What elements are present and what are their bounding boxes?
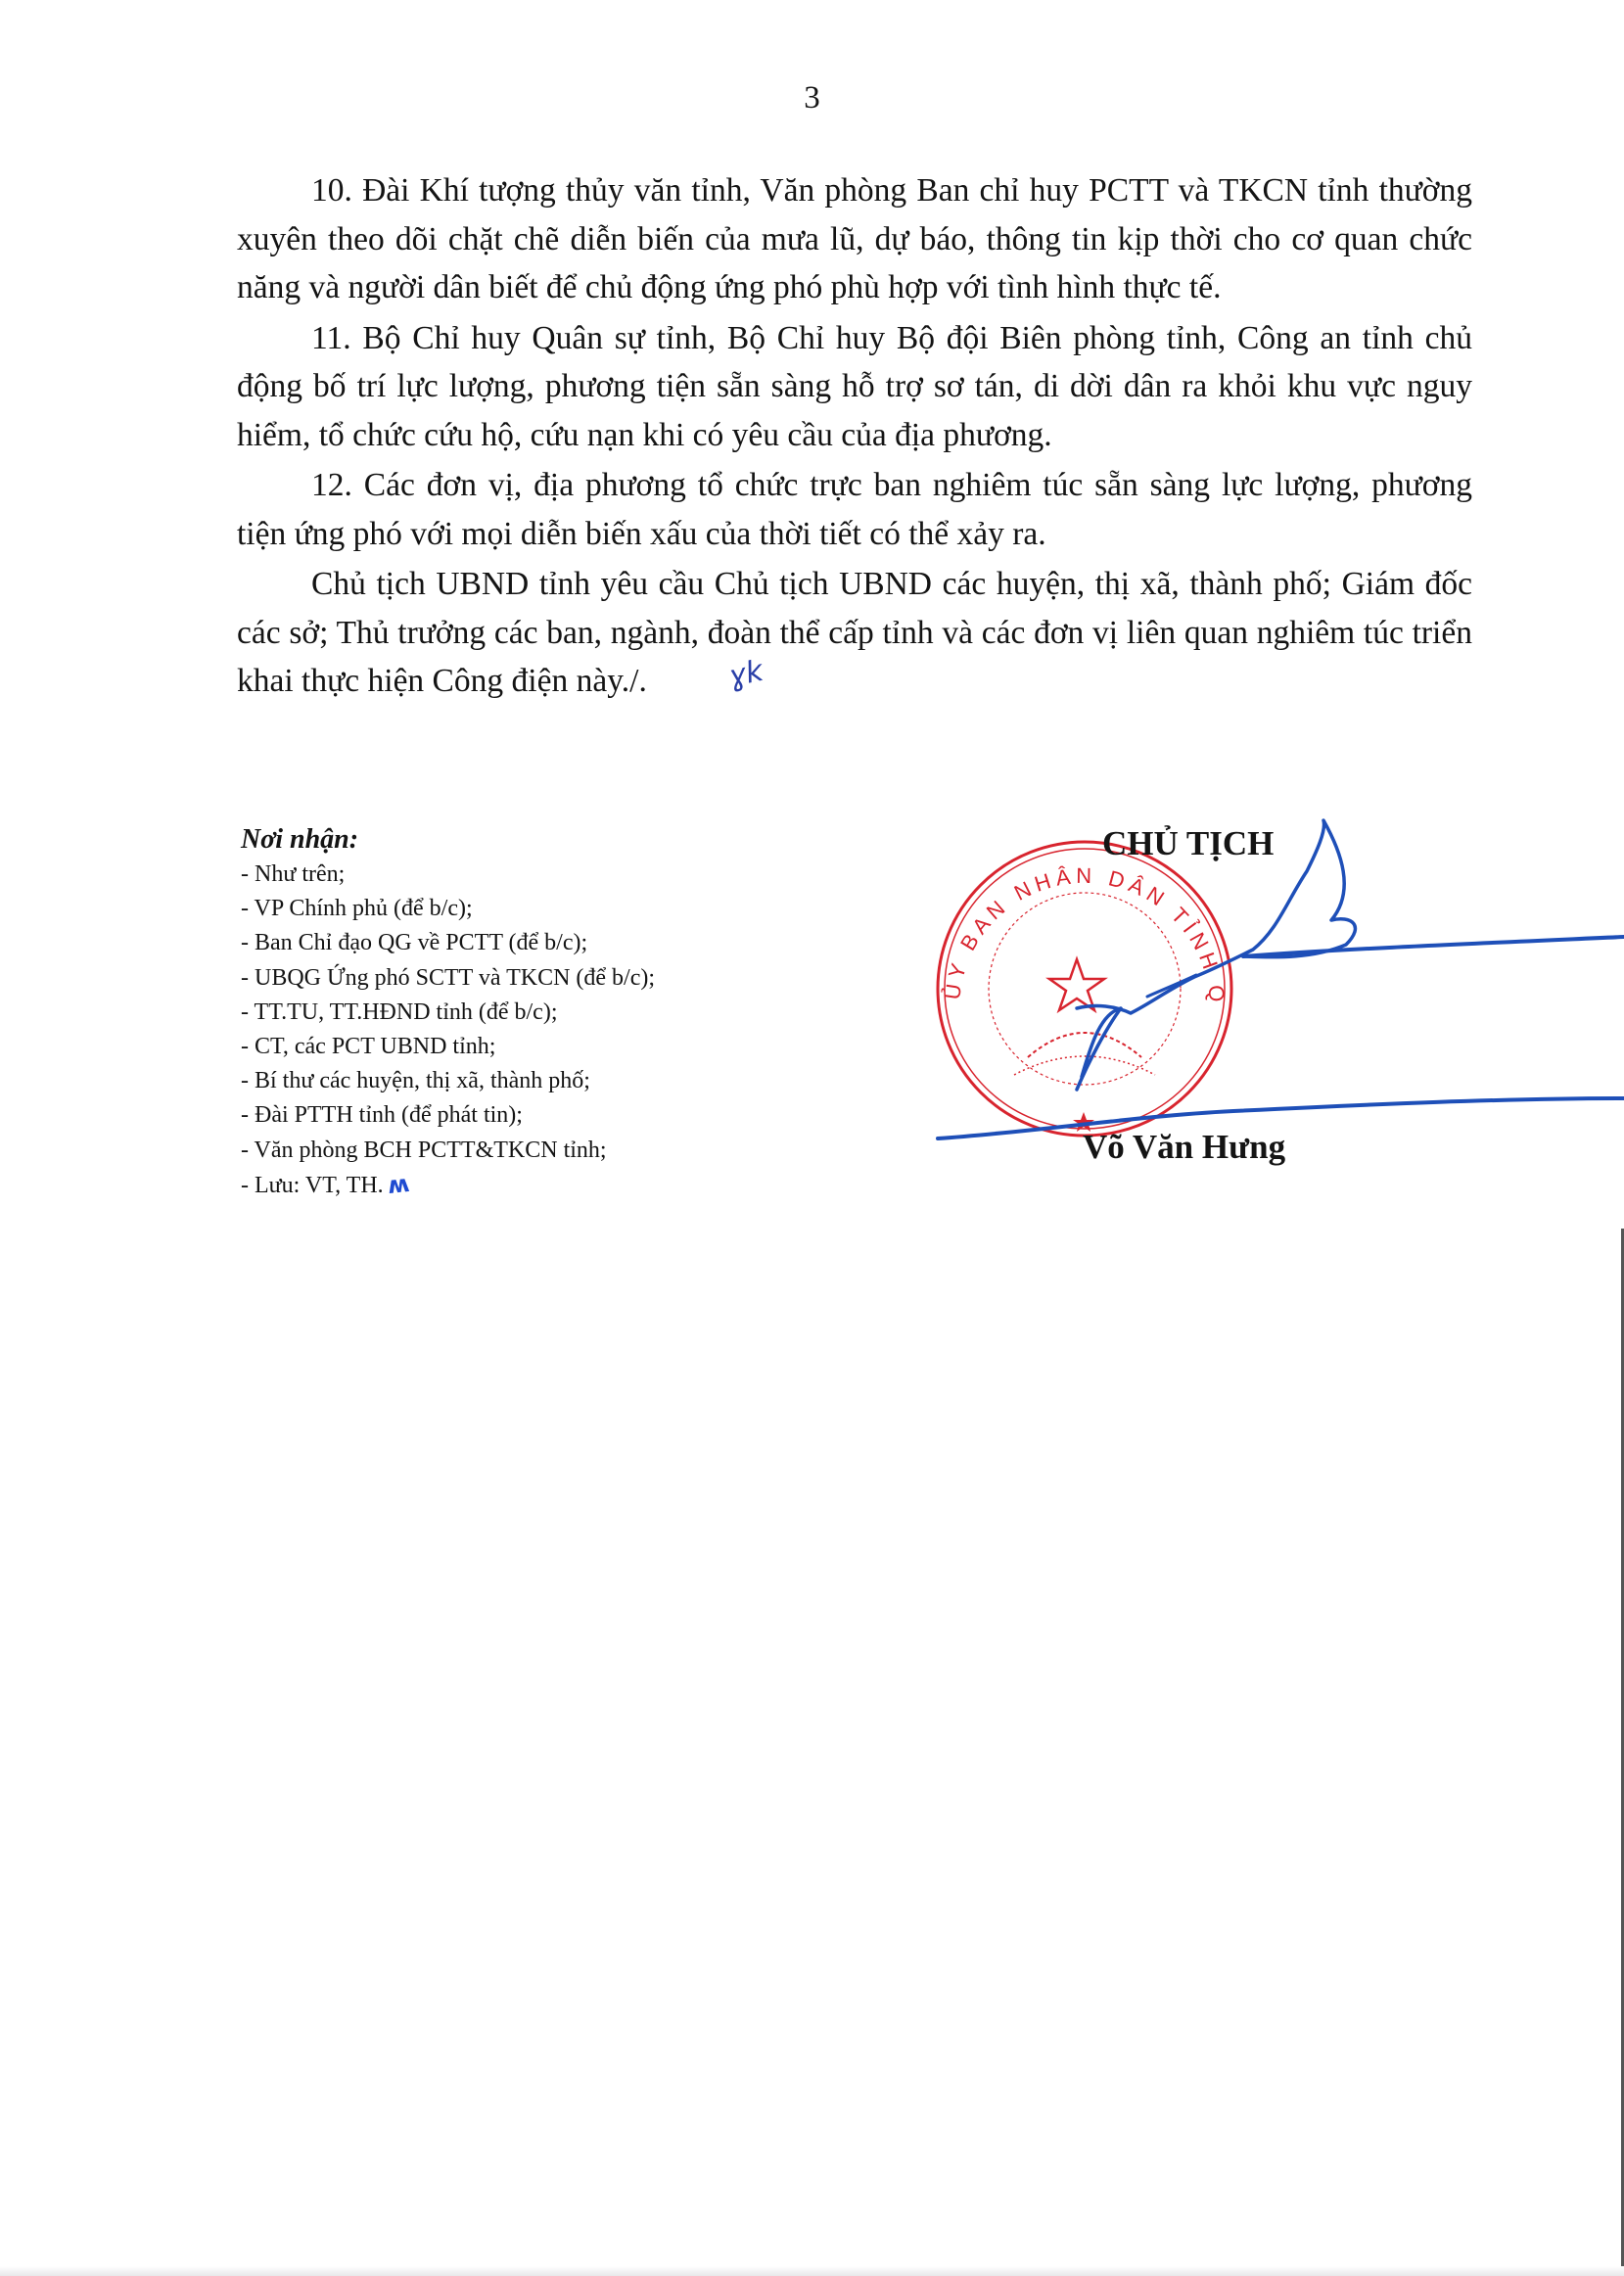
archive-text: - Lưu: VT, TH.	[241, 1173, 384, 1198]
recipient-item-archive: - Lưu: VT, TH.ʍ	[241, 1168, 848, 1203]
recipient-item: - UBQG Ứng phó SCTT và TKCN (để b/c);	[241, 961, 848, 996]
initials-mark-icon: ɣk	[651, 647, 767, 718]
scan-bottom-edge	[0, 2266, 1624, 2276]
paragraph-item-10: 10. Đài Khí tượng thủy văn tỉnh, Văn phò…	[237, 166, 1472, 312]
signer-name: Võ Văn Hưng	[1083, 1128, 1285, 1167]
paragraph-item-12: 12. Các đơn vị, địa phương tổ chức trực …	[237, 461, 1472, 558]
recipient-item: - Văn phòng BCH PCTT&TKCN tỉnh;	[241, 1134, 848, 1168]
recipient-item: - Như trên;	[241, 858, 848, 892]
signer-title: CHỦ TỊCH	[1102, 824, 1274, 863]
document-body: 10. Đài Khí tượng thủy văn tỉnh, Văn phò…	[237, 166, 1472, 707]
closing-paragraph: Chủ tịch UBND tỉnh yêu cầu Chủ tịch UBND…	[237, 560, 1472, 707]
recipients-list: - Như trên; - VP Chính phủ (để b/c); - B…	[241, 858, 848, 1203]
recipient-item: - VP Chính phủ (để b/c);	[241, 892, 848, 926]
paragraph-item-11: 11. Bộ Chỉ huy Quân sự tỉnh, Bộ Chỉ huy …	[237, 314, 1472, 460]
recipient-item: - Đài PTTH tỉnh (để phát tin);	[241, 1098, 848, 1133]
clerk-initials-icon: ʍ	[386, 1167, 411, 1203]
signature-block: ỦY BAN NHÂN DÂN TỈNH QUẢNG TRỊ CHỦ TỊCH …	[920, 813, 1624, 1204]
recipient-item: - CT, các PCT UBND tỉnh;	[241, 1030, 848, 1064]
recipients-title: Nơi nhận:	[241, 822, 848, 858]
recipients-block: Nơi nhận: - Như trên; - VP Chính phủ (để…	[241, 822, 848, 1203]
recipient-item: - TT.TU, TT.HĐND tỉnh (để b/c);	[241, 996, 848, 1030]
page-number: 3	[0, 80, 1624, 116]
closing-text: Chủ tịch UBND tỉnh yêu cầu Chủ tịch UBND…	[237, 566, 1472, 699]
recipient-item: - Bí thư các huyện, thị xã, thành phố;	[241, 1064, 848, 1098]
recipient-item: - Ban Chỉ đạo QG về PCTT (để b/c);	[241, 926, 848, 960]
